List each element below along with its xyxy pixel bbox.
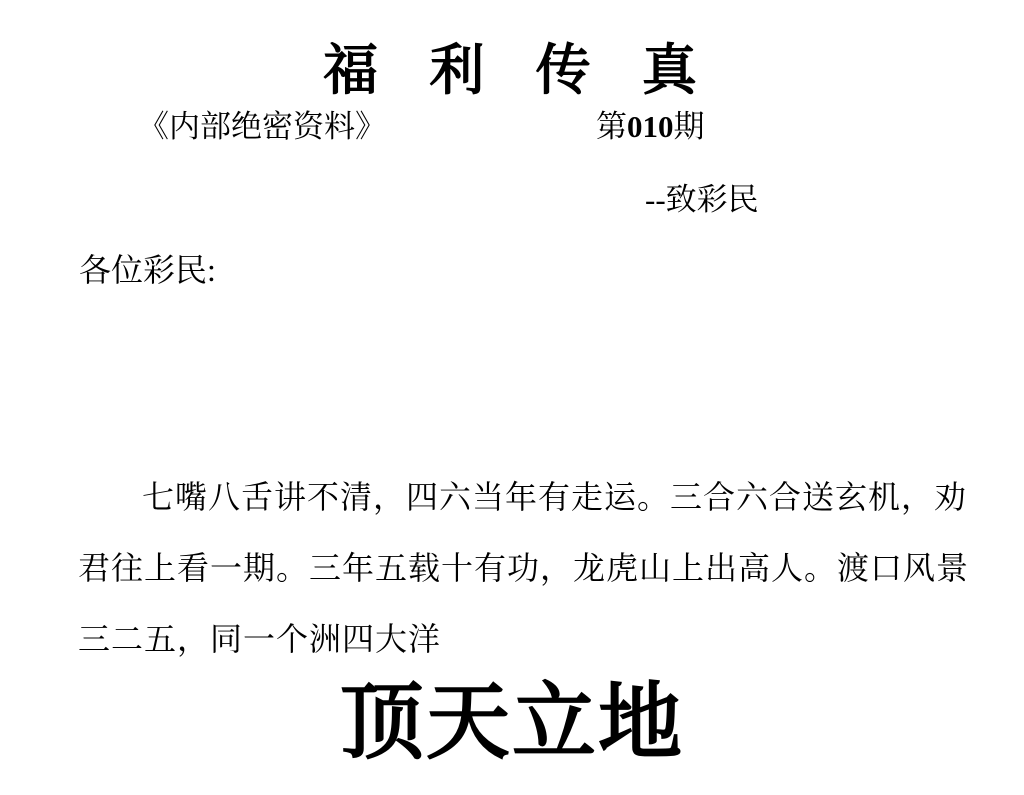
fax-document-page: 福 利 传 真 《内部绝密资料》 第010期 --致彩民 各位彩民: 七嘴八舌讲… — [0, 0, 1024, 795]
bottom-slogan: 顶天立地 — [0, 672, 1024, 776]
issue-prefix: 第 — [596, 109, 627, 144]
document-title: 福 利 传 真 — [0, 39, 1024, 101]
dedication-line: --致彩民 — [645, 180, 759, 220]
verse-line-1: 七嘴八舌讲不清，四六当年有走运。三合六合送玄机，劝 — [78, 462, 980, 533]
classification-label: 《内部绝密资料》 — [138, 106, 386, 148]
verse-line-2: 君往上看一期。三年五载十有功，龙虎山上出高人。渡口风景 — [78, 533, 980, 604]
salutation-line: 各位彩民: — [79, 249, 216, 291]
issue-suffix: 期 — [674, 109, 705, 144]
verse-line-3: 三二五，同一个洲四大洋 — [78, 604, 980, 675]
issue-number: 010 — [627, 109, 674, 144]
verse-paragraph: 七嘴八舌讲不清，四六当年有走运。三合六合送玄机，劝 君往上看一期。三年五载十有功… — [78, 462, 980, 675]
meta-line: 《内部绝密资料》 第010期 — [0, 106, 1024, 148]
issue-label: 第010期 — [596, 106, 705, 148]
